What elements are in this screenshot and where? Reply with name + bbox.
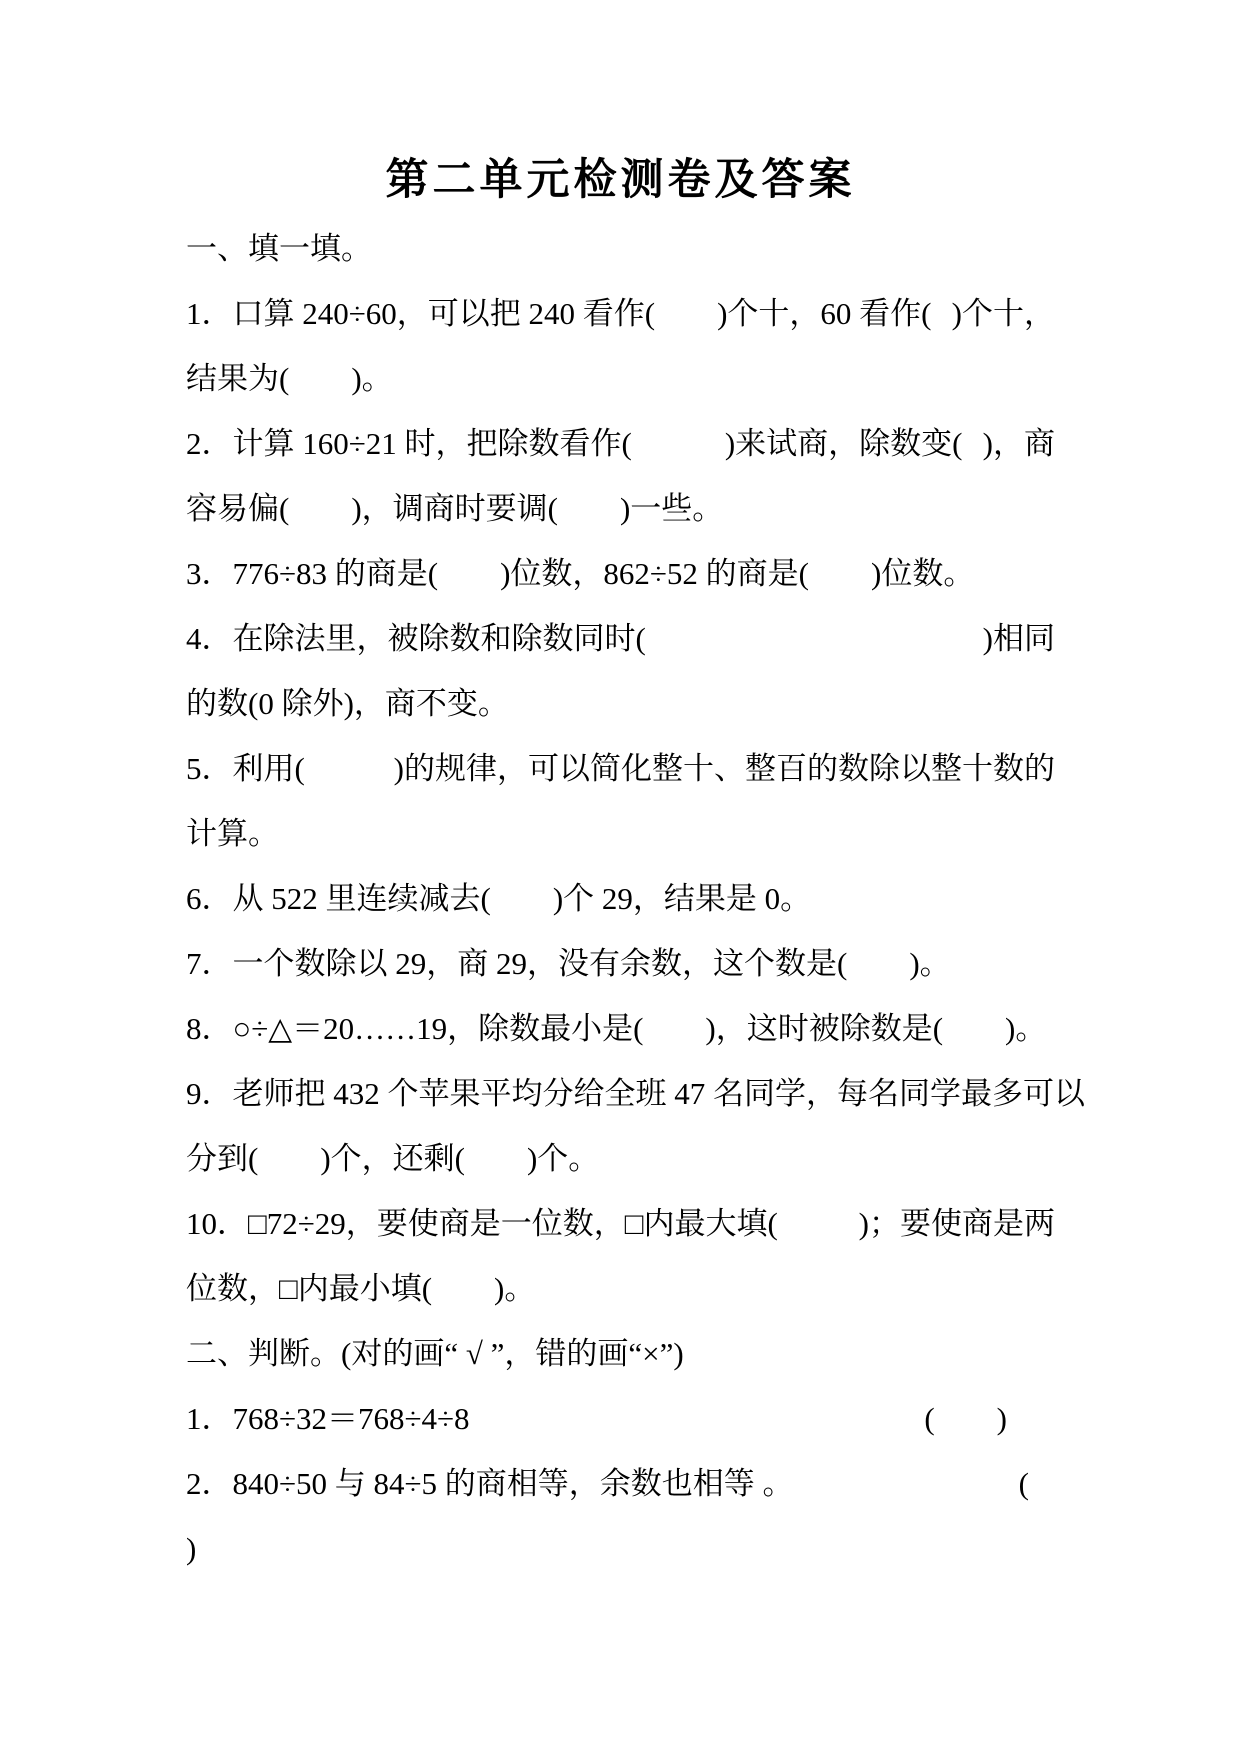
question-1-line-2: 结果为( )。 xyxy=(186,346,1055,411)
answer-parenthesis-close: ) xyxy=(186,1516,196,1581)
question-5-line-1: 5．利用()的规律，可以简化整十、整百的数除以整十数的 xyxy=(186,736,1055,801)
document-page: 第二单元检测卷及答案 一、填一填。 1．口算 240÷60，可以把 240 看作… xyxy=(0,0,1241,1754)
question-9-line-1: 9．老师把 432 个苹果平均分给全班 47 名同学，每名同学最多可以 xyxy=(186,1061,1055,1126)
line-text: 1．768÷32＝768÷4÷8 xyxy=(186,1386,470,1451)
line-text: 2．840÷50 与 84÷5 的商相等，余数也相等 。 xyxy=(186,1451,794,1516)
question-6-line: 6．从 522 里连续减去( )个 29，结果是 0。 xyxy=(186,866,1055,931)
line-text: 二、判断。(对的画“ √ ”，错的画“×”) xyxy=(186,1321,684,1386)
document-body: 一、填一填。 1．口算 240÷60，可以把 240 看作( )个十，60 看作… xyxy=(186,216,1055,1581)
question-5-line-2: 计算。 xyxy=(186,801,1055,866)
question-1-line-1: 1．口算 240÷60，可以把 240 看作( )个十，60 看作()个十， xyxy=(186,281,1055,346)
question-10-line-2: 位数，□内最小填( )。 xyxy=(186,1256,1055,1321)
line-text: 8．○÷△＝20……19，除数最小是( )，这时被除数是( )。 xyxy=(186,996,1046,1061)
line-text: 6．从 522 里连续减去( )个 29，结果是 0。 xyxy=(186,866,811,931)
question-4-line-2: 的数(0 除外)，商不变。 xyxy=(186,671,1055,736)
line-text-right: )的规律，可以简化整十、整百的数除以整十数的 xyxy=(394,736,1055,801)
line-text: 5．利用( xyxy=(186,736,305,801)
line-text: 9．老师把 432 个苹果平均分给全班 47 名同学，每名同学最多可以 xyxy=(186,1061,1085,1126)
answer-parentheses: ( ) xyxy=(924,1386,1007,1451)
line-text: 计算。 xyxy=(186,801,279,866)
line-text-right: )相同 xyxy=(983,606,1055,671)
line-text: 2．计算 160÷21 时，把除数看作( )来试商，除数变( xyxy=(186,411,962,476)
section-heading-fill-in: 一、填一填。 xyxy=(186,216,1055,281)
line-text: 一、填一填。 xyxy=(186,216,372,281)
line-text: 分到( )个，还剩( )个。 xyxy=(186,1126,599,1191)
question-2-line-2: 容易偏( )，调商时要调( )一些。 xyxy=(186,476,1055,541)
question-7-line: 7．一个数除以 29，商 29，没有余数，这个数是( )。 xyxy=(186,931,1055,996)
line-text: 3．776÷83 的商是( )位数，862÷52 的商是( )位数。 xyxy=(186,541,974,606)
question-2-line-1: 2．计算 160÷21 时，把除数看作( )来试商，除数变()，商 xyxy=(186,411,1055,476)
line-text: 位数，□内最小填( )。 xyxy=(186,1256,535,1321)
line-text: 容易偏( )，调商时要调( )一些。 xyxy=(186,476,723,541)
line-text: 10．□72÷29，要使商是一位数，□内最大填( xyxy=(186,1191,778,1256)
question-3-line: 3．776÷83 的商是( )位数，862÷52 的商是( )位数。 xyxy=(186,541,1055,606)
question-9-line-2: 分到( )个，还剩( )个。 xyxy=(186,1126,1055,1191)
judge-question-1-line: 1．768÷32＝768÷4÷8( ) xyxy=(186,1386,1055,1451)
line-text: 4．在除法里，被除数和除数同时( xyxy=(186,606,646,671)
line-text: 的数(0 除外)，商不变。 xyxy=(186,671,509,736)
question-8-line: 8．○÷△＝20……19，除数最小是( )，这时被除数是( )。 xyxy=(186,996,1055,1061)
line-text-right: )个十， xyxy=(952,281,1055,346)
line-text-right: )，商 xyxy=(983,411,1055,476)
judge-question-2-overflow-line: ) xyxy=(186,1516,1055,1581)
question-4-line-1: 4．在除法里，被除数和除数同时()相同 xyxy=(186,606,1055,671)
line-text-right: )；要使商是两 xyxy=(859,1191,1055,1256)
answer-parenthesis-open: ( xyxy=(1019,1451,1029,1516)
page-title: 第二单元检测卷及答案 xyxy=(0,154,1241,206)
judge-question-2-line: 2．840÷50 与 84÷5 的商相等，余数也相等 。( xyxy=(186,1451,1055,1516)
line-text: 1．口算 240÷60，可以把 240 看作( )个十，60 看作( xyxy=(186,281,931,346)
section-heading-judge: 二、判断。(对的画“ √ ”，错的画“×”) xyxy=(186,1321,1055,1386)
line-text: 7．一个数除以 29，商 29，没有余数，这个数是( )。 xyxy=(186,931,951,996)
question-10-line-1: 10．□72÷29，要使商是一位数，□内最大填()；要使商是两 xyxy=(186,1191,1055,1256)
line-text: 结果为( )。 xyxy=(186,346,393,411)
